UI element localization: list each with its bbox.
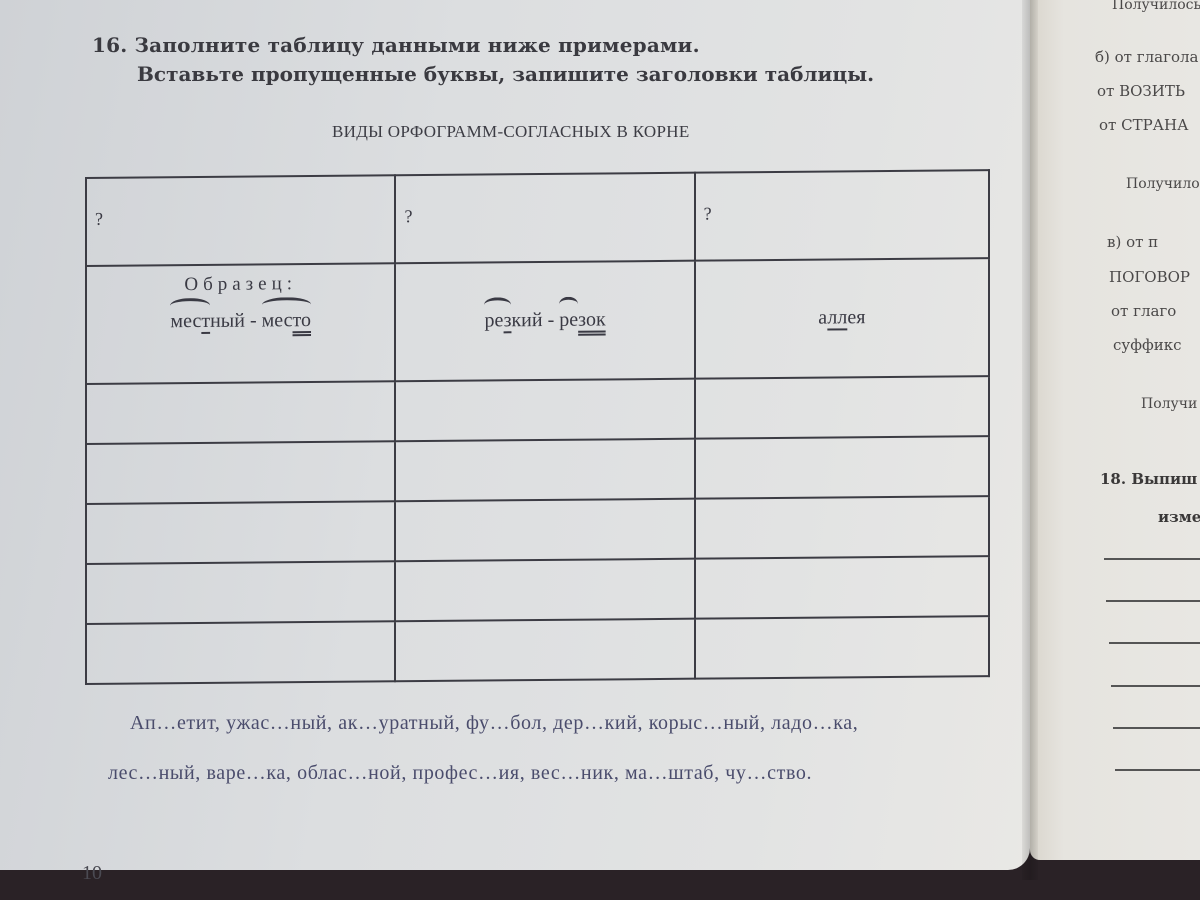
empty-cell[interactable]: [695, 376, 989, 439]
check-underline: то: [293, 309, 311, 331]
root-arc: рез: [484, 309, 511, 332]
right-page-text: от глаго: [1111, 302, 1176, 320]
right-page-text: Получилось: [1112, 0, 1200, 13]
right-page-text: от ВОЗИТЬ: [1097, 82, 1185, 100]
right-page-text: в) от п: [1107, 233, 1158, 251]
empty-cell[interactable]: [86, 501, 395, 564]
orthogram-underline: лл: [827, 306, 847, 328]
right-page-text: ПОГОВОР: [1109, 268, 1190, 286]
empty-cell[interactable]: [695, 556, 989, 619]
answer-line[interactable]: [1115, 769, 1200, 771]
table-row: [86, 376, 989, 444]
right-page-text: от СТРАНА: [1099, 116, 1188, 134]
task-title: 16. Заполните таблицу данными ниже приме…: [92, 33, 700, 57]
header-placeholder: ?: [404, 204, 693, 228]
header-placeholder: ?: [95, 206, 394, 230]
answer-line[interactable]: [1109, 642, 1200, 644]
empty-cell[interactable]: [395, 379, 694, 442]
empty-cell[interactable]: [695, 496, 989, 559]
exercise-words-line-2: лес…ный, варе…ка, облас…ной, профес…ия, …: [108, 762, 812, 785]
check-underline: зок: [578, 308, 606, 330]
empty-cell[interactable]: [395, 619, 694, 682]
task-instructions: Вставьте пропущенные буквы, запишите заг…: [137, 62, 874, 86]
right-page-text: б) от глагола: [1095, 48, 1198, 66]
sample-label: Образец:: [87, 272, 394, 297]
sample-word-pair: местный - место: [170, 309, 311, 333]
task-18-subtitle: изме: [1158, 508, 1200, 526]
book-gutter: [1022, 0, 1038, 880]
table-row: [86, 556, 989, 624]
table-row: [86, 436, 989, 504]
sample-word-pair: резкий - резок: [484, 308, 605, 332]
page-number: 10: [82, 862, 102, 885]
header-cell[interactable]: ?: [395, 173, 694, 264]
empty-cell[interactable]: [395, 499, 694, 562]
right-page-text: Получило: [1126, 176, 1200, 192]
root-arc: ре: [559, 309, 578, 332]
table-caption: ВИДЫ ОРФОГРАММ-СОГЛАСНЫХ В КОРНЕ: [332, 122, 690, 142]
root-arc: место: [262, 309, 311, 332]
empty-cell[interactable]: [695, 616, 989, 679]
table-row: [86, 616, 989, 684]
root-arc: мест: [170, 310, 210, 333]
task-18-title: 18. Выпиш: [1100, 470, 1197, 488]
sample-word: аллея: [818, 306, 865, 329]
sample-cell: аллея: [695, 258, 989, 379]
sample-cell: Образец: местный - место: [86, 263, 395, 384]
empty-cell[interactable]: [86, 441, 395, 504]
empty-cell[interactable]: [86, 381, 395, 444]
sample-cell: резкий - резок: [395, 261, 694, 382]
answer-line[interactable]: [1104, 558, 1200, 560]
empty-cell[interactable]: [86, 621, 395, 684]
empty-cell[interactable]: [395, 559, 694, 622]
empty-cell[interactable]: [695, 436, 989, 499]
empty-cell[interactable]: [395, 439, 694, 502]
orthogram-table: ? ? ? Образец: местный - место резкий - …: [85, 169, 990, 685]
exercise-words-line-1: Ап…етит, ужас…ный, ак…уратный, фу…бол, д…: [130, 712, 858, 735]
answer-line[interactable]: [1113, 727, 1200, 729]
empty-cell[interactable]: [86, 561, 395, 624]
header-cell[interactable]: ?: [86, 175, 395, 266]
answer-line[interactable]: [1106, 600, 1200, 602]
orthogram-underline: т: [201, 310, 210, 332]
right-page-text: суффикс: [1113, 336, 1181, 354]
table-header-row: ? ? ?: [86, 170, 989, 266]
answer-line[interactable]: [1111, 685, 1200, 687]
right-page-text: Получи: [1141, 396, 1197, 412]
header-cell[interactable]: ?: [695, 170, 989, 261]
table-row: [86, 496, 989, 564]
orthogram-underline: з: [504, 309, 512, 331]
header-placeholder: ?: [704, 201, 988, 224]
sample-row: Образец: местный - место резкий - резок …: [86, 258, 989, 384]
